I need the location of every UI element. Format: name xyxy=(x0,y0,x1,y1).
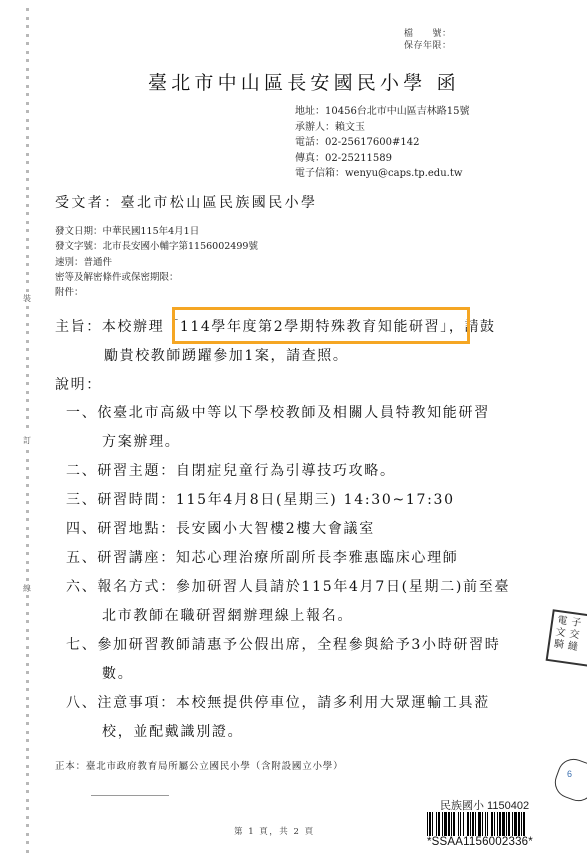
explanation-item-continuation: 校，並配戴識別證。 xyxy=(102,721,243,741)
binding-dot xyxy=(26,365,29,368)
sender-handler: 承辦人：賴文玉 xyxy=(295,120,470,136)
binding-dot xyxy=(26,646,29,649)
binding-dot xyxy=(26,93,29,96)
binding-dot xyxy=(26,595,29,598)
binding-dot xyxy=(26,119,29,122)
binding-dot xyxy=(26,314,29,317)
stamp-char: 縫 xyxy=(566,641,580,655)
binding-dot xyxy=(26,790,29,793)
binding-dot xyxy=(26,357,29,360)
subject-prefix: 本校辦理 xyxy=(102,319,164,335)
binding-dot xyxy=(26,850,29,853)
item-text: 校，並配戴識別證。 xyxy=(102,724,243,740)
binding-dot xyxy=(26,408,29,411)
seal-number: 6 xyxy=(567,769,572,779)
binding-dot xyxy=(26,654,29,657)
document-meta: 發文日期：中華民國115年4月1日 發文字號：北市長安國小輔字第11560024… xyxy=(55,224,258,300)
binding-dot xyxy=(26,459,29,462)
explanation-item-continuation: 北市教師在職研習網辦理線上報名。 xyxy=(102,605,353,625)
item-text: 報名方式：參加研習人員請於115年4月7日(星期二)前至臺 xyxy=(97,579,510,595)
document-title: 臺北市中山區長安國民小學 函 xyxy=(148,68,460,95)
item-text: 數。 xyxy=(102,666,133,682)
binding-dot xyxy=(26,824,29,827)
subject-highlighted-title: 「114學年度第2學期特殊教育知能研習」 xyxy=(164,319,449,335)
explanation-item: 二、研習主題：自閉症兒童行為引導技巧攻略。 xyxy=(66,460,396,480)
binding-dot xyxy=(26,816,29,819)
binding-dot xyxy=(26,212,29,215)
sender-phone: 電話：02-25617600#142 xyxy=(295,135,470,151)
item-text: 參加研習教師請惠予公假出席，全程參與給予3小時研習時 xyxy=(97,637,500,653)
binding-dot xyxy=(26,51,29,54)
retention-label: 保存年限： xyxy=(404,40,452,52)
explanation-item: 五、研習講座：知芯心理治療所副所長李雅惠臨床心理師 xyxy=(66,547,459,567)
barcode-bar xyxy=(525,812,526,836)
binding-dot xyxy=(26,569,29,572)
binding-dot xyxy=(26,450,29,453)
binding-dot xyxy=(26,331,29,334)
binding-dot xyxy=(26,493,29,496)
binding-dot xyxy=(26,416,29,419)
archive-info: 檔 號： 保存年限： xyxy=(404,28,452,52)
binding-dot xyxy=(26,527,29,530)
binding-dot xyxy=(26,535,29,538)
binding-dot xyxy=(26,348,29,351)
binding-dot xyxy=(26,204,29,207)
binding-dot xyxy=(26,272,29,275)
binding-dot xyxy=(26,238,29,241)
binding-dot xyxy=(26,187,29,190)
item-text: 研習主題：自閉症兒童行為引導技巧攻略。 xyxy=(97,463,395,479)
item-number: 三、 xyxy=(66,492,97,508)
binding-dot xyxy=(26,552,29,555)
binding-label: 訂 xyxy=(23,435,31,446)
binding-dot xyxy=(26,127,29,130)
binding-dot xyxy=(26,722,29,725)
binding-dot xyxy=(26,671,29,674)
binding-dot xyxy=(26,229,29,232)
binding-dot xyxy=(26,697,29,700)
item-number: 五、 xyxy=(66,550,97,566)
binding-dot xyxy=(26,603,29,606)
binding-dot xyxy=(26,833,29,836)
binding-dot xyxy=(26,25,29,28)
item-number: 二、 xyxy=(66,463,97,479)
item-text: 注意事項：本校無提供停車位，請多利用大眾運輸工具蒞 xyxy=(97,695,490,711)
explanation-item: 七、參加研習教師請惠予公假出席，全程參與給予3小時研習時 xyxy=(66,634,501,654)
binding-dot xyxy=(26,323,29,326)
binding-dot xyxy=(26,612,29,615)
binding-dot xyxy=(26,382,29,385)
binding-dot xyxy=(26,799,29,802)
binding-dot xyxy=(26,102,29,105)
recipient: 受文者：臺北市松山區民族國民小學 xyxy=(55,192,317,212)
barcode-icon xyxy=(427,812,548,836)
item-text: 研習時間：115年4月8日(星期三) 14:30~17:30 xyxy=(97,492,454,508)
binding-dot xyxy=(26,773,29,776)
binding-dot xyxy=(26,374,29,377)
sender-info: 地址：10456台北市中山區吉林路15號 承辦人：賴文玉 電話：02-25617… xyxy=(295,104,470,182)
issue-date: 發文日期：中華民國115年4月1日 xyxy=(55,224,258,239)
binding-dot xyxy=(26,561,29,564)
binding-dot xyxy=(26,178,29,181)
sender-address: 地址：10456台北市中山區吉林路15號 xyxy=(295,104,470,120)
item-number: 一、 xyxy=(66,405,97,421)
sender-fax: 傳真：02-25211589 xyxy=(295,151,470,167)
item-number: 七、 xyxy=(66,637,97,653)
binding-dot xyxy=(26,756,29,759)
binding-dot xyxy=(26,544,29,547)
binding-dot xyxy=(26,739,29,742)
stamp-col-2: 子 交 縫 xyxy=(566,617,583,654)
explanation-label: 說明： xyxy=(55,374,102,394)
binding-dot xyxy=(26,68,29,71)
binding-dot xyxy=(26,255,29,258)
binding-dot xyxy=(26,59,29,62)
binding-dot xyxy=(26,841,29,844)
seal-icon xyxy=(550,754,587,805)
item-number: 四、 xyxy=(66,521,97,537)
binding-dot xyxy=(26,807,29,810)
binding-dot xyxy=(26,620,29,623)
explanation-item: 四、研習地點：長安國小大智樓2樓大會議室 xyxy=(66,518,375,538)
document-number: 發文字號：北市長安國小輔字第1156002499號 xyxy=(55,239,258,254)
binding-dot xyxy=(26,17,29,20)
subject: 主旨：本校辦理「114學年度第2學期特殊教育知能研習」，請鼓 xyxy=(55,316,496,336)
explanation-item-continuation: 方案辦理。 xyxy=(102,431,181,451)
binding-dot xyxy=(26,680,29,683)
item-text: 北市教師在職研習網辦理線上報名。 xyxy=(102,608,353,624)
binding-dot xyxy=(26,629,29,632)
speed-class: 速別：普通件 xyxy=(55,255,258,270)
barcode-text: *SSAA1156002336* xyxy=(427,836,533,848)
binding-dot xyxy=(26,714,29,717)
electronic-seam-stamp: 電 文 騎 子 交 縫 xyxy=(546,609,587,667)
explanation-item: 一、依臺北市高級中等以下學校教師及相關人員特教知能研習 xyxy=(66,402,490,422)
attachments: 附件： xyxy=(55,285,258,300)
binding-dot xyxy=(26,42,29,45)
binding-dot xyxy=(26,110,29,113)
binding-label: 裝 xyxy=(23,293,31,304)
binding-dot xyxy=(26,263,29,266)
binding-dot xyxy=(26,391,29,394)
binding-dot xyxy=(26,136,29,139)
binding-dot xyxy=(26,306,29,309)
binding-dot xyxy=(26,782,29,785)
item-text: 研習地點：長安國小大智樓2樓大會議室 xyxy=(97,521,375,537)
binding-dot xyxy=(26,170,29,173)
binding-dot xyxy=(26,731,29,734)
binding-dot xyxy=(26,578,29,581)
binding-dot xyxy=(26,484,29,487)
item-number: 六、 xyxy=(66,579,97,595)
footnote-divider xyxy=(91,795,169,796)
binding-dot xyxy=(26,289,29,292)
explanation-item: 八、注意事項：本校無提供停車位，請多利用大眾運輸工具蒞 xyxy=(66,692,490,712)
subject-label: 主旨： xyxy=(55,319,102,335)
file-number-label: 檔 號： xyxy=(404,28,452,40)
item-text: 方案辦理。 xyxy=(102,434,181,450)
sender-email: 電子信箱：wenyu@caps.tp.edu.tw xyxy=(295,166,470,182)
binding-dot xyxy=(26,467,29,470)
subject-suffix: ，請鼓 xyxy=(449,319,496,335)
secrecy-level: 密等及解密條件或保密期限： xyxy=(55,270,258,285)
page-number: 第 1 頁，共 2 頁 xyxy=(234,825,315,837)
copy-to: 正本：臺北市政府教育局所屬公立國民小學（含附設國立小學） xyxy=(55,758,343,772)
binding-dot xyxy=(26,221,29,224)
binding-dot xyxy=(26,195,29,198)
binding-dot xyxy=(26,246,29,249)
binding-dot xyxy=(26,663,29,666)
binding-dot xyxy=(26,76,29,79)
binding-dot xyxy=(26,748,29,751)
binding-dot xyxy=(26,340,29,343)
subject-continuation: 勵貴校教師踴躍參加1案，請查照。 xyxy=(104,345,349,365)
binding-dot xyxy=(26,280,29,283)
binding-dot xyxy=(26,399,29,402)
binding-dot xyxy=(26,144,29,147)
binding-dot xyxy=(26,8,29,11)
binding-dot xyxy=(26,765,29,768)
item-text: 依臺北市高級中等以下學校教師及相關人員特教知能研習 xyxy=(97,405,490,421)
binding-dot xyxy=(26,161,29,164)
binding-dot xyxy=(26,688,29,691)
explanation-item-continuation: 數。 xyxy=(102,663,133,683)
binding-dot xyxy=(26,510,29,513)
binding-dot xyxy=(26,153,29,156)
binding-dot xyxy=(26,501,29,504)
stamp-char: 騎 xyxy=(552,639,566,653)
binding-label: 線 xyxy=(23,583,31,594)
binding-dot xyxy=(26,518,29,521)
binding-dot xyxy=(26,705,29,708)
explanation-item: 三、研習時間：115年4月8日(星期三) 14:30~17:30 xyxy=(66,489,455,509)
barcode-label: 民族國小 1150402 xyxy=(440,797,529,813)
binding-dot xyxy=(26,476,29,479)
item-number: 八、 xyxy=(66,695,97,711)
explanation-item: 六、報名方式：參加研習人員請於115年4月7日(星期二)前至臺 xyxy=(66,576,510,596)
item-text: 研習講座：知芯心理治療所副所長李雅惠臨床心理師 xyxy=(97,550,458,566)
binding-dot xyxy=(26,637,29,640)
binding-dot xyxy=(26,34,29,37)
binding-dot xyxy=(26,425,29,428)
binding-dot xyxy=(26,85,29,88)
binding-margin: 裝訂線 xyxy=(24,0,34,853)
